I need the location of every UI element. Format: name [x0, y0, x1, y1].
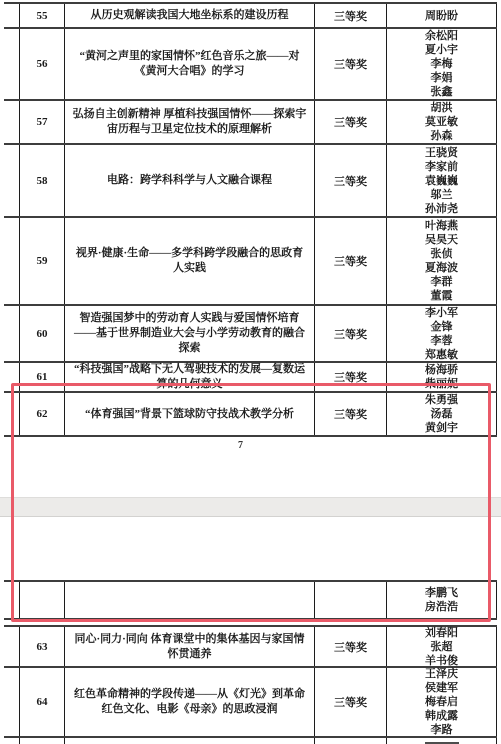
award-level-cell: 三等奖 — [315, 145, 387, 216]
project-title-cell: 同心·同力·同向 体育课堂中的集体基因与家国情怀贯通养 — [65, 627, 315, 666]
authors-cell: 杨海骄 柴丽妮 — [387, 363, 497, 391]
project-title-cell — [65, 738, 315, 744]
authors-cell: 叶海燕 吴昊天 张侦 夏海波 李群 董霞 — [387, 218, 497, 304]
award-level-cell — [315, 738, 387, 744]
authors-cell: 朱勇强 汤磊 黄剑宇 — [387, 393, 497, 435]
table-row-62: 62 “体育强国”背景下篮球防守技战术教学分析 三等奖 朱勇强 汤磊 黄剑宇 — [4, 393, 497, 437]
table-row: 61 “科技强国”战略下无人驾驶技术的发展—复数运算的几何意义 三等奖 杨海骄 … — [4, 363, 497, 393]
award-level-cell: 三等奖 — [315, 218, 387, 304]
table-row-continuation: 李鹏飞 房浩浩 — [4, 582, 497, 620]
page-number: 7 — [4, 440, 477, 451]
clipped-left-cell — [4, 145, 19, 216]
row-number-cell: 62 — [19, 393, 65, 435]
award-level-cell — [315, 582, 387, 618]
row-number-cell: 64 — [19, 668, 65, 736]
row-number-cell — [19, 738, 65, 744]
row-number-cell: 56 — [19, 29, 65, 99]
authors-cell: 王泽庆 侯建军 梅春启 韩成露 李路 — [387, 668, 497, 736]
clipped-left-cell — [4, 668, 19, 736]
award-level-cell: 三等奖 — [315, 4, 387, 27]
row-number-cell: 58 — [19, 145, 65, 216]
awards-table-page1: 55 从历史观解读我国大地坐标系的建设历程 三等奖 周盼盼 56 “黄河之声里的… — [4, 2, 497, 437]
clipped-left-cell — [4, 363, 19, 391]
project-title-cell: 视界·健康·生命——多学科跨学段融合的思政育人实践 — [65, 218, 315, 304]
table-row: 64 红色革命精神的学段传递——从《灯光》到革命红色文化、电影《母亲》的思政浸润… — [4, 668, 497, 738]
clipped-left-cell — [4, 393, 19, 435]
project-title-cell: 弘扬自主创新精神 厚植科技强国情怀——探索宇宙历程与卫星定位技术的原理解析 — [65, 101, 315, 143]
table-row: 55 从历史观解读我国大地坐标系的建设历程 三等奖 周盼盼 — [4, 4, 497, 29]
project-title-cell: “黄河之声里的家国情怀”红色音乐之旅——对《黄河大合唱》的学习 — [65, 29, 315, 99]
clipped-left-cell — [4, 306, 19, 361]
clipped-left-cell — [4, 582, 19, 618]
page-separator — [0, 497, 501, 517]
clipped-left-cell — [4, 4, 19, 27]
table-row: 57 弘扬自主创新精神 厚植科技强国情怀——探索宇宙历程与卫星定位技术的原理解析… — [4, 101, 497, 145]
clipped-left-cell — [4, 101, 19, 143]
table-row: 63 同心·同力·同向 体育课堂中的集体基因与家国情怀贯通养 三等奖 刘春阳 张… — [4, 627, 497, 668]
table-row: 59 视界·健康·生命——多学科跨学段融合的思政育人实践 三等奖 叶海燕 吴昊天… — [4, 218, 497, 306]
table-row-clipped — [4, 738, 497, 744]
award-level-cell: 三等奖 — [315, 29, 387, 99]
clipped-left-cell — [4, 29, 19, 99]
table-row: 56 “黄河之声里的家国情怀”红色音乐之旅——对《黄河大合唱》的学习 三等奖 余… — [4, 29, 497, 101]
authors-cell — [387, 738, 497, 744]
project-title-cell: 智造强国梦中的劳动育人实践与爱国情怀培育 ——基于世界制造业大会与小学劳动教育的… — [65, 306, 315, 361]
row-number-cell: 61 — [19, 363, 65, 391]
row-number-cell: 63 — [19, 627, 65, 666]
row-number-cell: 59 — [19, 218, 65, 304]
awards-table-page2: 63 同心·同力·同向 体育课堂中的集体基因与家国情怀贯通养 三等奖 刘春阳 张… — [4, 625, 497, 744]
row-number-cell — [19, 582, 65, 618]
authors-cell: 周盼盼 — [387, 4, 497, 27]
project-title-cell: 电路：跨学科科学与人文融合课程 — [65, 145, 315, 216]
project-title-cell: “体育强国”背景下篮球防守技战术教学分析 — [65, 393, 315, 435]
project-title-cell: 从历史观解读我国大地坐标系的建设历程 — [65, 4, 315, 27]
authors-cell: 刘春阳 张超 羊书俊 — [387, 627, 497, 666]
authors-cell: 李鹏飞 房浩浩 — [387, 582, 497, 618]
award-level-cell: 三等奖 — [315, 393, 387, 435]
authors-cell: 余松阳 夏小宇 李梅 李娟 张鑫 — [387, 29, 497, 99]
authors-cell: 李小军 金锋 李蓉 郑惠敏 — [387, 306, 497, 361]
award-level-cell: 三等奖 — [315, 668, 387, 736]
row-number-cell: 60 — [19, 306, 65, 361]
award-level-cell: 三等奖 — [315, 363, 387, 391]
clipped-left-cell — [4, 738, 19, 744]
authors-cell: 胡洪 莫亚敏 孙森 — [387, 101, 497, 143]
awards-table-continuation: 李鹏飞 房浩浩 — [4, 580, 497, 620]
award-level-cell: 三等奖 — [315, 627, 387, 666]
table-row: 60 智造强国梦中的劳动育人实践与爱国情怀培育 ——基于世界制造业大会与小学劳动… — [4, 306, 497, 363]
clipped-left-cell — [4, 627, 19, 666]
project-title-cell — [65, 582, 315, 618]
project-title-cell: “科技强国”战略下无人驾驶技术的发展—复数运算的几何意义 — [65, 363, 315, 391]
document-page-view: 55 从历史观解读我国大地坐标系的建设历程 三等奖 周盼盼 56 “黄河之声里的… — [0, 0, 501, 744]
row-number-cell: 55 — [19, 4, 65, 27]
award-level-cell: 三等奖 — [315, 101, 387, 143]
clipped-left-cell — [4, 218, 19, 304]
authors-cell: 王骁贤 李家前 袁巍巍 邬兰 孙沛尧 — [387, 145, 497, 216]
row-number-cell: 57 — [19, 101, 65, 143]
award-level-cell: 三等奖 — [315, 306, 387, 361]
project-title-cell: 红色革命精神的学段传递——从《灯光》到革命红色文化、电影《母亲》的思政浸润 — [65, 668, 315, 736]
table-row: 58 电路：跨学科科学与人文融合课程 三等奖 王骁贤 李家前 袁巍巍 邬兰 孙沛… — [4, 145, 497, 218]
